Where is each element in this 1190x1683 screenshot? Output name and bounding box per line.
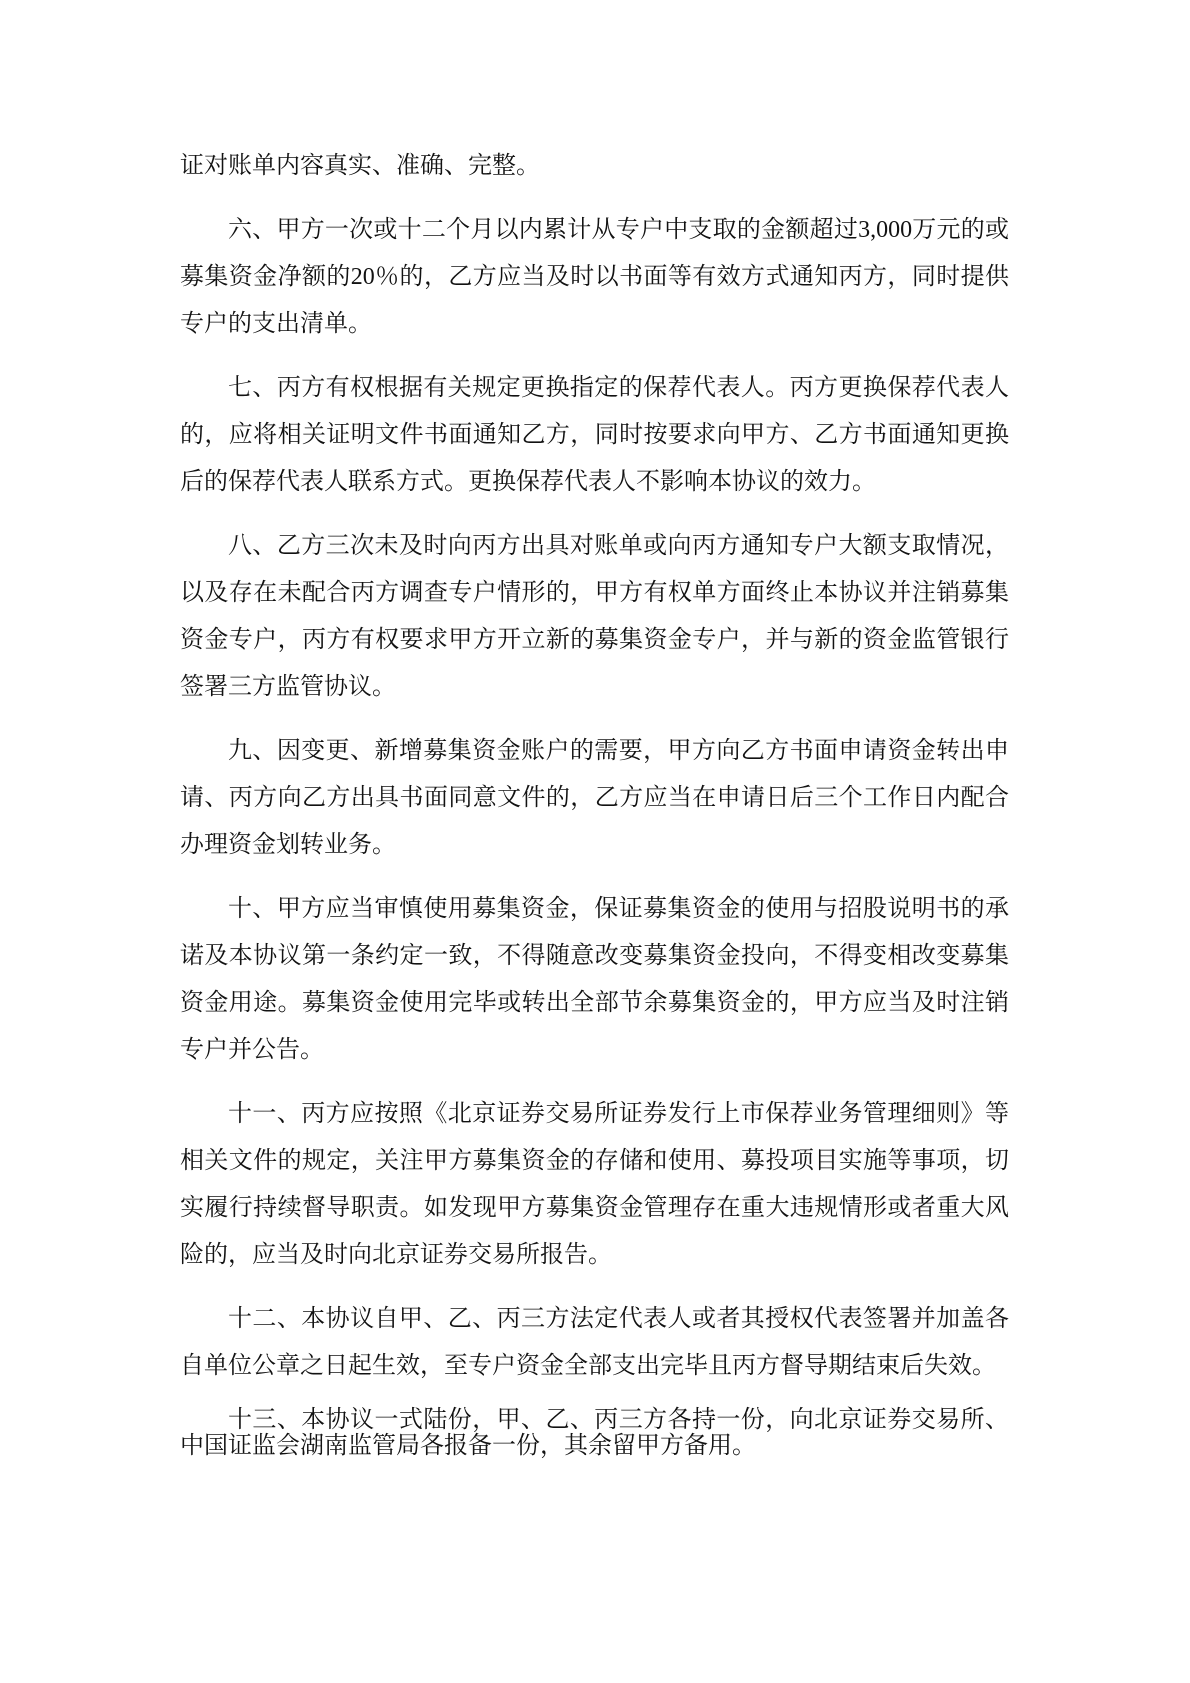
- paragraph-clause-8: 八、乙方三次未及时向丙方出具对账单或向丙方通知专户大额支取情况，以及存在未配合丙…: [180, 523, 1009, 711]
- paragraph-clause-10: 十、甲方应当审慎使用募集资金，保证募集资金的使用与招股说明书的承诺及本协议第一条…: [180, 886, 1009, 1074]
- paragraph-clause-9: 九、因变更、新增募集资金账户的需要，甲方向乙方书面申请资金转出申请、丙方向乙方出…: [180, 728, 1009, 869]
- paragraph-continuation-line: 证对账单内容真实、准确、完整。: [180, 143, 1009, 190]
- paragraph-clause-11: 十一、丙方应按照《北京证券交易所证券发行上市保荐业务管理细则》等相关文件的规定，…: [180, 1091, 1009, 1279]
- document-page: 证对账单内容真实、准确、完整。六、甲方一次或十二个月以内累计从专户中支取的金额超…: [0, 0, 1190, 1683]
- document-body: 证对账单内容真实、准确、完整。六、甲方一次或十二个月以内累计从专户中支取的金额超…: [180, 143, 1009, 1459]
- paragraph-clause-6: 六、甲方一次或十二个月以内累计从专户中支取的金额超过3,000万元的或募集资金净…: [180, 207, 1009, 348]
- paragraph-clause-7: 七、丙方有权根据有关规定更换指定的保荐代表人。丙方更换保荐代表人的，应将相关证明…: [180, 365, 1009, 506]
- paragraph-clause-12: 十二、本协议自甲、乙、丙三方法定代表人或者其授权代表签署并加盖各自单位公章之日起…: [180, 1296, 1009, 1390]
- paragraph-clause-13: 十三、本协议一式陆份，甲、乙、丙三方各持一份，向北京证券交易所、中国证监会湖南监…: [180, 1407, 1009, 1459]
